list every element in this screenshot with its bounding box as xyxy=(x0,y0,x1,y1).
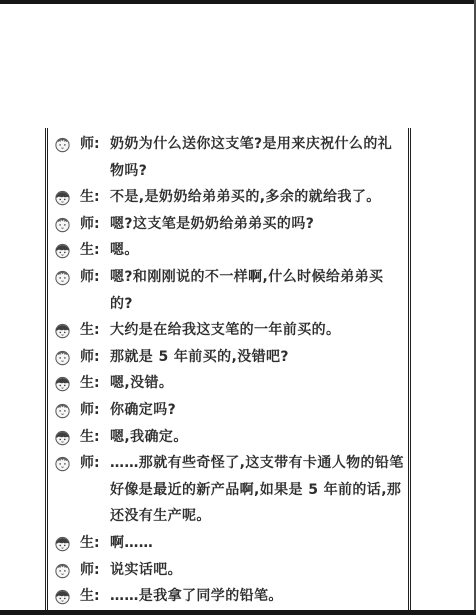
dialogue-text: 嗯?这支笔是奶奶给弟弟买的吗? xyxy=(110,211,404,238)
dialogue-text: 嗯?和刚刚说的不一样啊,什么时候给弟弟买的? xyxy=(110,264,404,317)
teacher-face-icon xyxy=(54,216,71,233)
dialogue-line: 生: 嗯,没错。 xyxy=(54,370,404,397)
dialogue-line: 师: 说实话吧。 xyxy=(54,557,404,584)
speaker-label: 师: xyxy=(80,211,110,238)
dialogue-text: 说实话吧。 xyxy=(110,557,404,584)
teacher-face-icon xyxy=(54,349,71,366)
dialogue-list: 师: 奶奶为什么送你这支笔?是用来庆祝什么的礼物吗? 生: 不是,是奶奶给弟弟买… xyxy=(54,131,404,610)
dialogue-text: ……是我拿了同学的铅笔。 xyxy=(110,583,404,610)
teacher-face-icon xyxy=(54,455,71,472)
dialogue-text: ……那就有些奇怪了,这支带有卡通人物的铅笔好像是最近的新产品啊,如果是 5 年前… xyxy=(110,450,404,530)
dialogue-line: 生: 嗯。 xyxy=(54,237,404,264)
dialogue-text: 嗯,没错。 xyxy=(110,370,404,397)
bottom-border-rule xyxy=(0,610,476,615)
dialogue-text: 嗯,我确定。 xyxy=(110,424,404,451)
dialogue-text: 啊…… xyxy=(110,530,404,557)
teacher-face-icon xyxy=(54,562,71,579)
student-face-icon xyxy=(54,189,71,206)
dialogue-line: 师: 你确定吗? xyxy=(54,397,404,424)
speaker-label: 生: xyxy=(80,583,110,610)
speaker-label: 师: xyxy=(80,344,110,371)
dialogue-line: 生: ……是我拿了同学的铅笔。 xyxy=(54,583,404,610)
student-face-icon xyxy=(54,588,71,605)
dialogue-line: 师: ……那就有些奇怪了,这支带有卡通人物的铅笔好像是最近的新产品啊,如果是 5… xyxy=(54,450,404,530)
student-face-icon xyxy=(54,535,71,552)
dialogue-line: 师: 奶奶为什么送你这支笔?是用来庆祝什么的礼物吗? xyxy=(54,131,404,184)
student-face-icon xyxy=(54,322,71,339)
dialogue-line: 生: 啊…… xyxy=(54,530,404,557)
dialogue-line: 师: 嗯?和刚刚说的不一样啊,什么时候给弟弟买的? xyxy=(54,264,404,317)
dialogue-line: 生: 嗯,我确定。 xyxy=(54,424,404,451)
dialogue-text: 大约是在给我这支笔的一年前买的。 xyxy=(110,317,404,344)
speaker-label: 生: xyxy=(80,424,110,451)
speaker-label: 师: xyxy=(80,264,110,291)
speaker-label: 生: xyxy=(80,184,110,211)
dialogue-line: 师: 嗯?这支笔是奶奶给弟弟买的吗? xyxy=(54,211,404,238)
speaker-label: 师: xyxy=(80,450,110,477)
dialogue-box: 师: 奶奶为什么送你这支笔?是用来庆祝什么的礼物吗? 生: 不是,是奶奶给弟弟买… xyxy=(45,128,411,610)
top-border-rule xyxy=(0,0,476,4)
dialogue-text: 不是,是奶奶给弟弟买的,多余的就给我了。 xyxy=(110,184,404,211)
dialogue-line: 生: 大约是在给我这支笔的一年前买的。 xyxy=(54,317,404,344)
dialogue-line: 生: 不是,是奶奶给弟弟买的,多余的就给我了。 xyxy=(54,184,404,211)
speaker-label: 师: xyxy=(80,557,110,584)
speaker-label: 生: xyxy=(80,237,110,264)
speaker-label: 师: xyxy=(80,397,110,424)
dialogue-text: 嗯。 xyxy=(110,237,404,264)
speaker-label: 生: xyxy=(80,317,110,344)
student-face-icon xyxy=(54,375,71,392)
dialogue-text: 那就是 5 年前买的,没错吧? xyxy=(110,344,404,371)
speaker-label: 师: xyxy=(80,131,110,158)
student-face-icon xyxy=(54,242,71,259)
teacher-face-icon xyxy=(54,136,71,153)
speaker-label: 生: xyxy=(80,370,110,397)
speaker-label: 生: xyxy=(80,530,110,557)
dialogue-text: 你确定吗? xyxy=(110,397,404,424)
teacher-face-icon xyxy=(54,402,71,419)
dialogue-line: 师: 那就是 5 年前买的,没错吧? xyxy=(54,344,404,371)
teacher-face-icon xyxy=(54,269,71,286)
student-face-icon xyxy=(54,429,71,446)
dialogue-text: 奶奶为什么送你这支笔?是用来庆祝什么的礼物吗? xyxy=(110,131,404,184)
